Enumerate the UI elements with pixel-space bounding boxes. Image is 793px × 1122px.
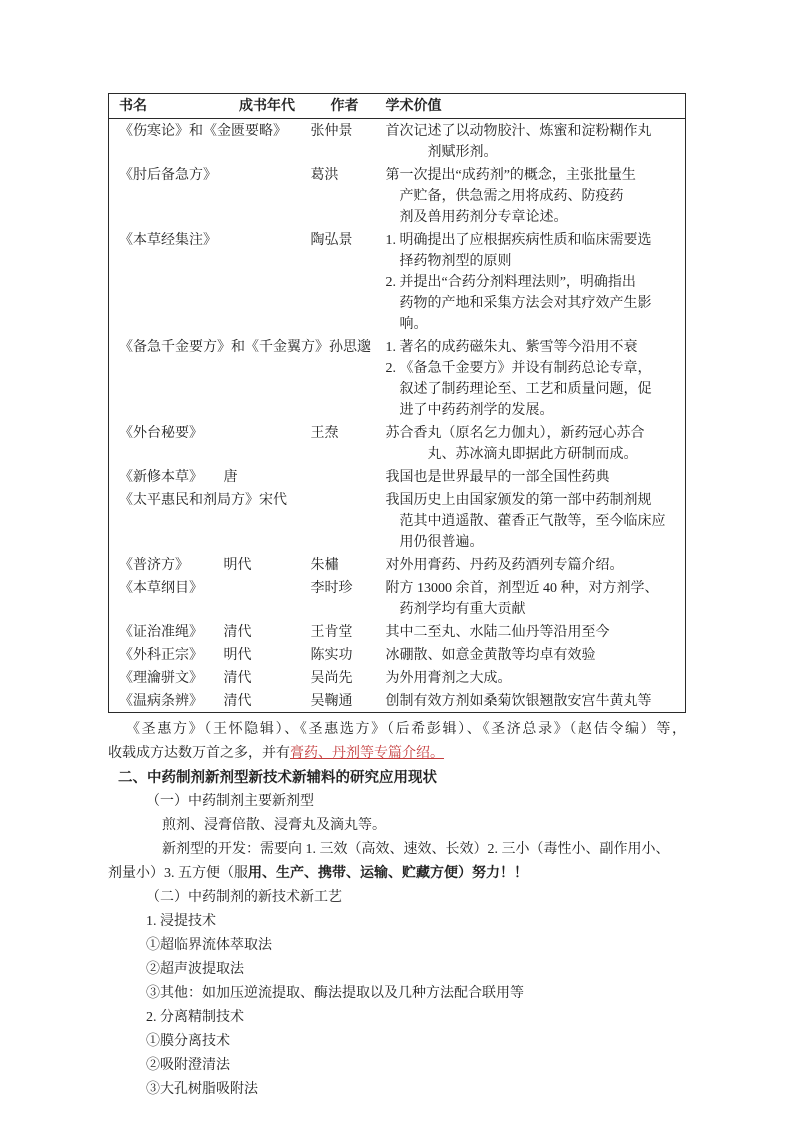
text-segment: 收载成方达数万首之多，并有: [108, 746, 290, 761]
author-cell: 吴尚先: [311, 666, 379, 689]
table-row: 《温病条辨》清代吴鞠通创制有效方剂如桑菊饮银翘散安宫牛黄丸等: [109, 689, 686, 713]
book-cell: 《外科正宗》: [109, 643, 224, 666]
table-row: 《本草纲目》李时珍附方 13000 余首，剂型近 40 种，对方剂学、药剂学均有…: [109, 576, 686, 620]
era-cell: 唐: [224, 465, 311, 488]
era-cell: 清代: [224, 620, 311, 643]
list-item: ①膜分离技术: [146, 1030, 686, 1054]
section-heading: 二、中药制剂新剂型新技术新辅料的研究应用现状: [118, 766, 686, 790]
author-cell: 王肯堂: [311, 620, 379, 643]
value-line: 择药物剂型的原则: [400, 251, 682, 272]
value-line: 剂赋形剂。: [428, 142, 682, 163]
value-cell: 附方 13000 余首，剂型近 40 种，对方剂学、药剂学均有重大贡献: [379, 576, 686, 620]
table-row: 《理瀹骈文》清代吴尚先为外用膏剂之大成。: [109, 666, 686, 689]
col-header-value: 学术价值: [379, 94, 686, 119]
value-line: 用仍很普遍。: [400, 532, 682, 553]
era-cell: [224, 163, 311, 228]
text-segment: 二、中药制剂新剂型新技术新辅料的研究应用现状: [118, 770, 437, 786]
text-segment: ③其他：如加压逆流提取、酶法提取以及几种方法配合联用等: [146, 986, 524, 1001]
book-cell: 《外台秘要》: [109, 421, 224, 465]
text-segment: 剂量小）3. 五方便（服: [108, 866, 248, 881]
book-cell: 《新修本草》: [109, 465, 224, 488]
book-cell: 《太平惠民和剂局方》宋代: [109, 488, 379, 553]
author-cell: 葛洪: [311, 163, 379, 228]
table-row: 《外科正宗》明代陈实功冰硼散、如意金黄散等均卓有效验: [109, 643, 686, 666]
book-cell: 《本草纲目》: [109, 576, 224, 620]
value-line: 第一次提出“成药剂”的概念，主张批量生: [386, 165, 682, 186]
list-item: ③大孔树脂吸附法: [146, 1078, 686, 1102]
subsection-title: （一）中药制剂主要新剂型: [146, 790, 686, 814]
table-row: 《肘后备急方》葛洪第一次提出“成药剂”的概念，主张批量生产贮备，供急需之用将成药…: [109, 163, 686, 228]
value-line: 冰硼散、如意金黄散等均卓有效验: [386, 645, 682, 666]
list-item: 1. 浸提技术: [146, 910, 686, 934]
era-cell: 明代: [224, 553, 311, 576]
table-row: 《普济方》明代朱橚对外用膏药、丹药及药酒列专篇介绍。: [109, 553, 686, 576]
book-cell: 《温病条辨》: [109, 689, 224, 713]
era-cell: [224, 421, 311, 465]
value-line: 叙述了制药理论至、工艺和质量问题，促: [400, 379, 682, 400]
author-cell: 朱橚: [311, 553, 379, 576]
text-segment: （二）中药制剂的新技术新工艺: [146, 890, 342, 905]
book-title: 《备急千金要方》和《千金翼方》: [119, 340, 329, 355]
value-line: 范其中逍遥散、藿香正气散等，至今临床应: [400, 511, 682, 532]
value-cell: 为外用膏剂之大成。: [379, 666, 686, 689]
value-cell: 我国历史上由国家颁发的第一部中药制剂规范其中逍遥散、藿香正气散等，至今临床应用仍…: [379, 488, 686, 553]
value-cell: 创制有效方剂如桑菊饮银翘散安宫牛黄丸等: [379, 689, 686, 713]
col-header-era: 成书年代: [224, 94, 311, 119]
text-segment: 煎剂、浸膏倍散、浸膏丸及滴丸等。: [162, 818, 386, 833]
body-line: 剂量小）3. 五方便（服用、生产、携带、运输、贮藏方便）努力！！: [108, 862, 686, 886]
text-segment: ③大孔树脂吸附法: [146, 1082, 258, 1097]
author-cell: [311, 465, 379, 488]
value-line: 苏合香丸（原名乞力伽丸），新药冠心苏合: [386, 423, 682, 444]
table-row: 《太平惠民和剂局方》宋代我国历史上由国家颁发的第一部中药制剂规范其中逍遥散、藿香…: [109, 488, 686, 553]
author: 孙思邈: [329, 340, 371, 355]
table-row: 《本草经集注》陶弘景1. 明确提出了应根据疾病性质和临床需要选择药物剂型的原则2…: [109, 228, 686, 335]
book-title: 《太平惠民和剂局方》: [119, 493, 259, 508]
value-line: 2. 并提出“合药分剂料理法则”，明确指出: [386, 272, 682, 293]
value-line: 进了中药药剂学的发展。: [400, 400, 682, 421]
value-cell: 第一次提出“成药剂”的概念，主张批量生产贮备，供急需之用将成药、防疫药剂及兽用药…: [379, 163, 686, 228]
col-header-book: 书名: [109, 94, 224, 119]
table-row: 《新修本草》唐我国也是世界最早的一部全国性药典: [109, 465, 686, 488]
value-line: 其中二至丸、水陆二仙丹等沿用至今: [386, 622, 682, 643]
text-segment: ①超临界流体萃取法: [146, 938, 272, 953]
red-emphasis-text: 膏药、丹剂等专篇介绍。: [290, 746, 444, 761]
document-page: 书名 成书年代 作者 学术价值 《伤寒论》和《金匮要略》张仲景首次记述了以动物胶…: [0, 0, 793, 1122]
text-segment: 《圣惠方》（王怀隐辑）、《圣惠选方》（后希彭辑）、《圣济总录》（赵佶令编）等，: [126, 722, 686, 737]
era: 宋代: [259, 493, 287, 508]
book-cell: 《普济方》: [109, 553, 224, 576]
value-line: 首次记述了以动物胶汁、炼蜜和淀粉糊作丸: [386, 121, 682, 142]
table-header-row: 书名 成书年代 作者 学术价值: [109, 94, 686, 119]
value-line: 附方 13000 余首，剂型近 40 种，对方剂学、: [386, 578, 682, 599]
bold-text: 用、生产、携带、运输、贮藏方便）努力！！: [248, 866, 528, 881]
books-table: 书名 成书年代 作者 学术价值 《伤寒论》和《金匮要略》张仲景首次记述了以动物胶…: [108, 93, 686, 713]
era-cell: [224, 576, 311, 620]
body-line: 煎剂、浸膏倍散、浸膏丸及滴丸等。: [162, 814, 686, 838]
paragraph-line: 《圣惠方》（王怀隐辑）、《圣惠选方》（后希彭辑）、《圣济总录》（赵佶令编）等，: [126, 718, 686, 742]
text-segment: 新剂型的开发：需要向 1. 三效（高效、速效、长效）2. 三小（毒性小、副作用小…: [162, 842, 670, 857]
book-cell: 《证治准绳》: [109, 620, 224, 643]
value-cell: 其中二至丸、水陆二仙丹等沿用至今: [379, 620, 686, 643]
author-cell: 张仲景: [311, 119, 379, 164]
value-line: 创制有效方剂如桑菊饮银翘散安宫牛黄丸等: [386, 691, 682, 712]
list-item: ②吸附澄清法: [146, 1054, 686, 1078]
value-line: 药剂学均有重大贡献: [400, 599, 682, 620]
col-header-author: 作者: [311, 94, 379, 119]
list-item: ③其他：如加压逆流提取、酶法提取以及几种方法配合联用等: [146, 982, 686, 1006]
value-line: 1. 著名的成药磁朱丸、紫雪等今沿用不衰: [386, 337, 682, 358]
list-item: ①超临界流体萃取法: [146, 934, 686, 958]
text-section: 《圣惠方》（王怀隐辑）、《圣惠选方》（后希彭辑）、《圣济总录》（赵佶令编）等，收…: [108, 718, 686, 1102]
paragraph-line: 收载成方达数万首之多，并有膏药、丹剂等专篇介绍。: [108, 742, 686, 766]
table-row: 《伤寒论》和《金匮要略》张仲景首次记述了以动物胶汁、炼蜜和淀粉糊作丸剂赋形剂。: [109, 119, 686, 164]
value-cell: 1. 著名的成药磁朱丸、紫雪等今沿用不衰2. 《备急千金要方》并设有制药总论专章…: [379, 335, 686, 421]
era-cell: [224, 228, 311, 335]
body-line: 新剂型的开发：需要向 1. 三效（高效、速效、长效）2. 三小（毒性小、副作用小…: [162, 838, 686, 862]
list-item: ②超声波提取法: [146, 958, 686, 982]
table-row: 《证治准绳》清代王肯堂其中二至丸、水陆二仙丹等沿用至今: [109, 620, 686, 643]
value-line: 1. 明确提出了应根据疾病性质和临床需要选: [386, 230, 682, 251]
value-line: 丸、苏冰滴丸即据此方研制而成。: [428, 444, 682, 465]
author-cell: 陶弘景: [311, 228, 379, 335]
text-segment: ①膜分离技术: [146, 1034, 230, 1049]
value-line: 剂及兽用药剂分专章论述。: [400, 207, 682, 228]
text-segment: ②超声波提取法: [146, 962, 244, 977]
value-cell: 我国也是世界最早的一部全国性药典: [379, 465, 686, 488]
value-cell: 1. 明确提出了应根据疾病性质和临床需要选择药物剂型的原则2. 并提出“合药分剂…: [379, 228, 686, 335]
value-line: 对外用膏药、丹药及药酒列专篇介绍。: [386, 555, 682, 576]
value-line: 2. 《备急千金要方》并设有制药总论专章，: [386, 358, 682, 379]
book-cell: 《本草经集注》: [109, 228, 224, 335]
author-cell: 李时珍: [311, 576, 379, 620]
book-cell: 《伤寒论》和《金匮要略》: [109, 119, 224, 164]
author-cell: 陈实功: [311, 643, 379, 666]
value-cell: 首次记述了以动物胶汁、炼蜜和淀粉糊作丸剂赋形剂。: [379, 119, 686, 164]
book-cell: 《备急千金要方》和《千金翼方》孙思邈: [109, 335, 379, 421]
book-cell: 《肘后备急方》: [109, 163, 224, 228]
value-line: 药物的产地和采集方法会对其疗效产生影: [400, 293, 682, 314]
text-segment: 1. 浸提技术: [146, 914, 216, 929]
era-cell: 明代: [224, 643, 311, 666]
author-cell: 吴鞠通: [311, 689, 379, 713]
value-cell: 对外用膏药、丹药及药酒列专篇介绍。: [379, 553, 686, 576]
value-cell: 苏合香丸（原名乞力伽丸），新药冠心苏合丸、苏冰滴丸即据此方研制而成。: [379, 421, 686, 465]
text-segment: 2. 分离精制技术: [146, 1010, 244, 1025]
table-row: 《外台秘要》王焘苏合香丸（原名乞力伽丸），新药冠心苏合丸、苏冰滴丸即据此方研制而…: [109, 421, 686, 465]
text-segment: ②吸附澄清法: [146, 1058, 230, 1073]
value-line: 我国历史上由国家颁发的第一部中药制剂规: [386, 490, 682, 511]
value-line: 我国也是世界最早的一部全国性药典: [386, 467, 682, 488]
text-segment: （一）中药制剂主要新剂型: [146, 794, 314, 809]
value-line: 为外用膏剂之大成。: [386, 668, 682, 689]
era-cell: 清代: [224, 666, 311, 689]
table-row: 《备急千金要方》和《千金翼方》孙思邈1. 著名的成药磁朱丸、紫雪等今沿用不衰2.…: [109, 335, 686, 421]
list-item: 2. 分离精制技术: [146, 1006, 686, 1030]
author-cell: 王焘: [311, 421, 379, 465]
book-cell: 《理瀹骈文》: [109, 666, 224, 689]
era-cell: 清代: [224, 689, 311, 713]
value-cell: 冰硼散、如意金黄散等均卓有效验: [379, 643, 686, 666]
value-line: 响。: [400, 314, 682, 335]
value-line: 产贮备，供急需之用将成药、防疫药: [400, 186, 682, 207]
subsection-title: （二）中药制剂的新技术新工艺: [146, 886, 686, 910]
